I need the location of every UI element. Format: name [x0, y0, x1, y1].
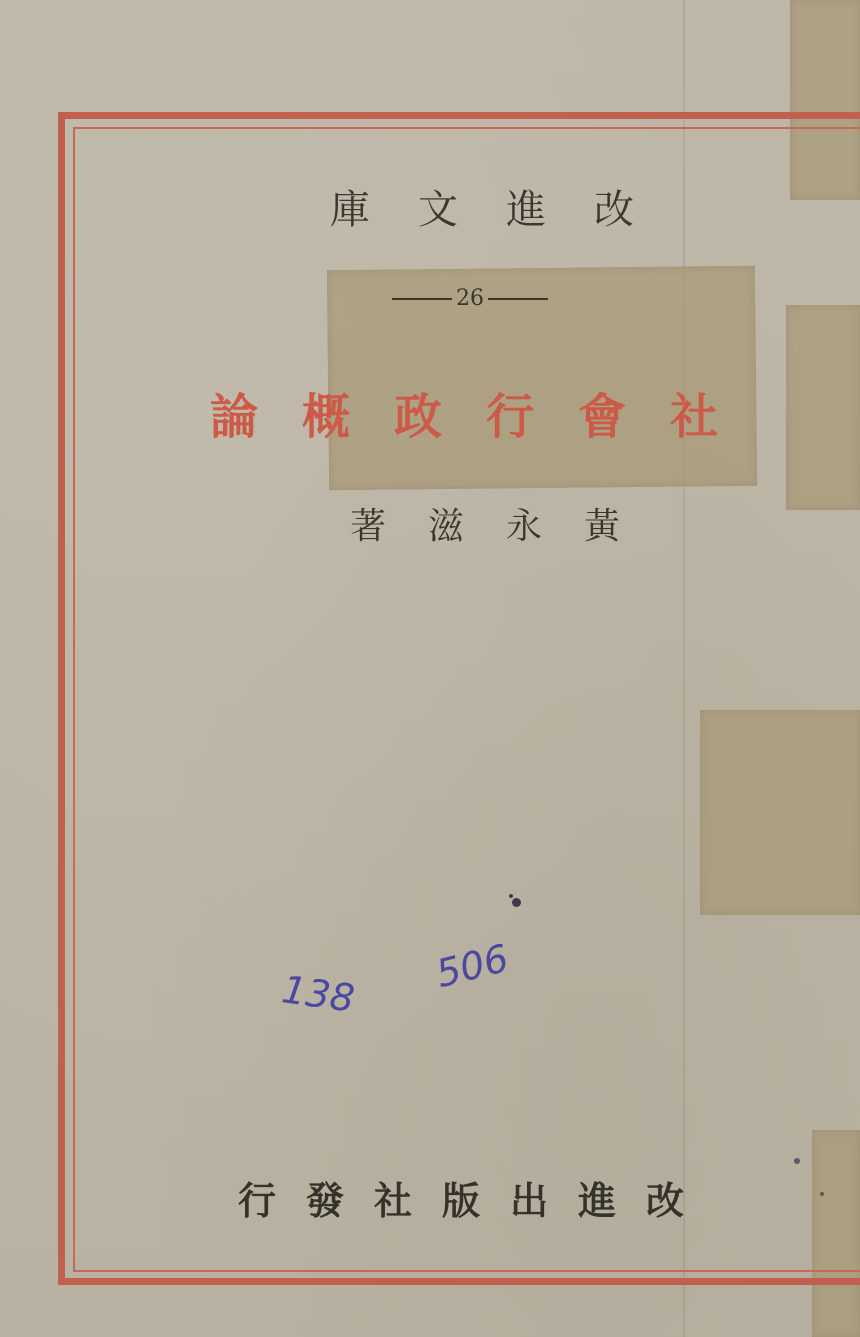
volume-number: 26	[380, 286, 560, 311]
book-title: 論概政行會社	[210, 378, 750, 447]
ink-dot	[512, 898, 521, 907]
publisher-line: 行發社版出進改	[238, 1170, 708, 1225]
series-title: 庫文進改	[330, 178, 620, 235]
volume-number-text: 26	[456, 286, 484, 311]
ink-dot	[509, 894, 513, 898]
ink-speck	[794, 1158, 800, 1164]
volume-dash-left	[392, 298, 452, 300]
volume-dash-right	[488, 298, 548, 300]
author-line: 著滋永黃	[350, 498, 620, 549]
ink-speck	[820, 1192, 824, 1196]
